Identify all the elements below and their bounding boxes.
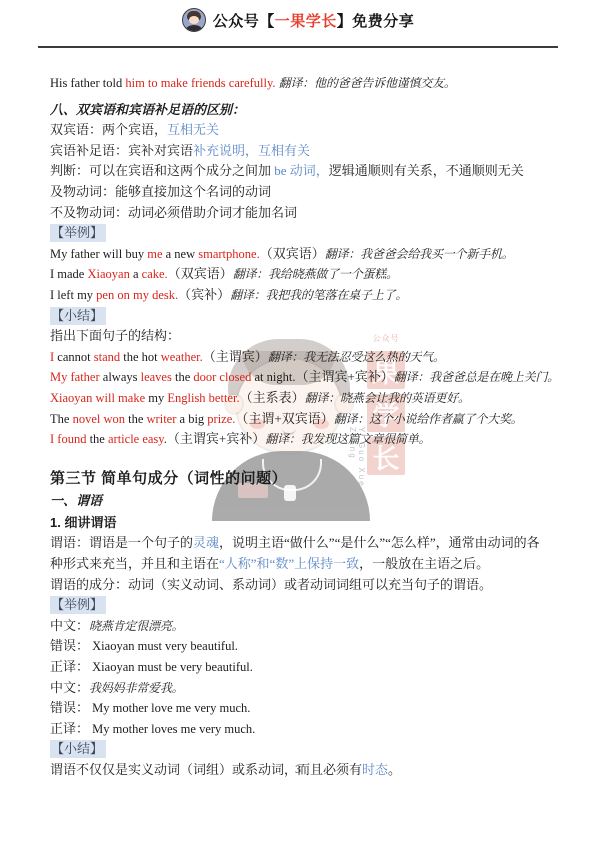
sentence-example: My father will buy me a new smartphone.（…: [50, 244, 550, 265]
example-right: 正译： My mother loves me very much.: [50, 719, 550, 740]
boy-avatar-icon: [182, 8, 206, 32]
header-brand: 一果学长: [275, 13, 337, 30]
sentence-example: The novel won the writer a big prize.（主谓…: [50, 409, 550, 430]
sentence-example: I cannot stand the hot weather.（主谓宾）翻译：我…: [50, 347, 550, 368]
summary-label: 【小结】: [50, 739, 550, 760]
content: His father told him to make friends care…: [50, 73, 550, 781]
heading-subsection: 一、谓语: [50, 491, 550, 512]
sentence-example: My father always leaves the door closed …: [50, 367, 550, 388]
paragraph-definition: 谓语：谓语是一个句子的灵魂，说明主语“做什么”“是什么”“怎么样”，通常由动词的…: [50, 533, 550, 574]
sentence-example: His father told him to make friends care…: [50, 73, 550, 94]
heading-point: 1. 细讲谓语: [50, 513, 550, 534]
sentence-example: I found the article easy.（主谓宾+宾补）翻译：我发现这…: [50, 429, 550, 450]
header-divider: [38, 46, 558, 48]
instruction-line: 指出下面句子的结构：: [50, 326, 550, 347]
summary-label: 【小结】: [50, 306, 550, 327]
definition-line: 双宾语：两个宾语，互相无关: [50, 120, 550, 141]
example-label: 【举例】: [50, 223, 550, 244]
page-header: 公众号【一果学长】免费分享: [0, 8, 596, 32]
example-label: 【举例】: [50, 595, 550, 616]
sentence-example: I made Xiaoyan a cake.（双宾语）翻译：我给晓燕做了一个蛋糕…: [50, 264, 550, 285]
header-title: 公众号【一果学长】免费分享: [213, 10, 415, 31]
heading-section-8: 八、双宾语和宾语补足语的区别：: [50, 100, 550, 121]
header-title-suffix: 】免费分享: [337, 13, 415, 30]
definition-line: 宾语补足语：宾补对宾语补充说明，互相有关: [50, 141, 550, 162]
example-wrong: 错误： My mother love me very much.: [50, 698, 550, 719]
document-page: 公众号【一果学长】免费分享 Yi Guo Xue Zhang 公众号 果 学 长…: [0, 0, 596, 842]
header-title-prefix: 公众号【: [213, 13, 275, 30]
sentence-example: I left my pen on my desk.（宾补）翻译：我把我的笔落在桌…: [50, 285, 550, 306]
definition-line: 不及物动词：动词必须借助介词才能加名词: [50, 203, 550, 224]
page-number: 3: [0, 762, 596, 777]
example-right: 正译： Xiaoyan must be very beautiful.: [50, 657, 550, 678]
definition-line: 谓语的成分：动词（实义动词、系动词）或者动词词组可以充当句子的谓语。: [50, 575, 550, 596]
definition-line: 及物动词：能够直接加这个名词的动词: [50, 182, 550, 203]
example-cn: 中文：我妈妈非常爱我。: [50, 678, 550, 699]
definition-line: 判断：可以在宾语和这两个成分之间加 be 动词，逻辑通顺则有关系，不通顺则无关: [50, 161, 550, 182]
example-wrong: 错误： Xiaoyan must very beautiful.: [50, 636, 550, 657]
example-cn: 中文：晓燕肯定很漂亮。: [50, 616, 550, 637]
heading-chapter: 第三节 简单句成分（词性的问题）: [50, 469, 550, 490]
sentence-example: Xiaoyan will make my English better.（主系表…: [50, 388, 550, 409]
